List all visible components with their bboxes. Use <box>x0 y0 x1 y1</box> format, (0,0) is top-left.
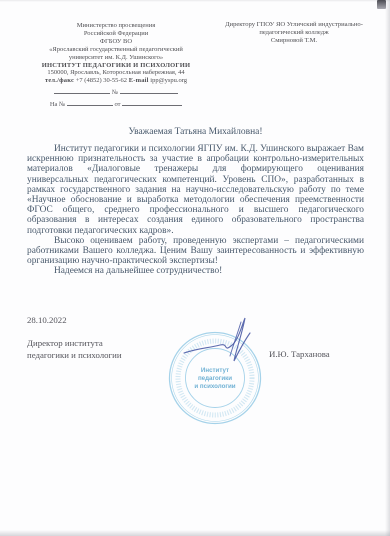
sender-contacts: тел./факс +7 (4852) 30-55-62 E-mail ipp@… <box>26 77 206 85</box>
blank-line <box>122 99 182 106</box>
email-label: E-mail <box>129 77 149 84</box>
signature-position: Директор института педагогики и психолог… <box>27 337 122 361</box>
scan-edge-right <box>385 0 390 536</box>
sender-line: Российской Федерации <box>26 30 206 38</box>
reference-number-line: № <box>26 87 206 97</box>
signature-position-line: педагогики и психологии <box>27 349 122 361</box>
stamp-text: и психологии <box>194 383 235 390</box>
stamp-text: педагогики <box>198 375 232 382</box>
letter-date: 28.10.2022 <box>27 315 67 325</box>
recipient-block: Директору ГПОУ ЯО Угличский индустриальн… <box>206 21 382 46</box>
recipient-name: Смирновой Т.М. <box>206 37 382 45</box>
ot-label: от <box>115 101 121 108</box>
paragraph: Высоко оцениваем работу, проведенную экс… <box>27 236 364 267</box>
sender-block: Министерство просвещения Российской Феде… <box>26 22 206 109</box>
paragraph: Надеемся на дальнейшее сотрудничество! <box>27 266 364 276</box>
telfax-label: тел./факс <box>45 77 74 84</box>
sender-line: университет им. К.Д. Ушинского» <box>26 54 206 62</box>
telfax-value: +7 (4852) 30-55-62 <box>76 77 127 84</box>
recipient-line: Директору ГПОУ ЯО Угличский индустриальн… <box>206 21 382 29</box>
sender-line: ФГБОУ ВО <box>26 38 206 46</box>
letter-page: Министерство просвещения Российской Феде… <box>0 0 390 536</box>
blank-line <box>67 99 113 106</box>
na-number-label: На № <box>50 101 65 108</box>
sender-line: «Ярославский государственный педагогичес… <box>26 46 206 54</box>
sender-line: Министерство просвещения <box>26 22 206 30</box>
handwritten-signature-icon <box>175 310 275 370</box>
signature-name: И.Ю. Тарханова <box>269 349 330 359</box>
email-value: ipp@yspu.org <box>150 77 187 84</box>
scan-edge-bottom <box>0 530 390 536</box>
paragraph: Институт педагогики и психологии ЯГПУ им… <box>27 144 364 236</box>
salutation: Уважаемая Татьяна Михайловна! <box>27 127 364 137</box>
number-sign: № <box>112 89 118 96</box>
recipient-line: педагогический колледж <box>206 29 382 37</box>
reply-reference-line: На № от <box>26 99 206 109</box>
sender-address: 150000, Ярославль, Которосльная набережн… <box>26 69 206 77</box>
scan-artifact <box>377 0 386 9</box>
signature-position-line: Директор института <box>27 337 122 349</box>
blank-line <box>54 87 110 94</box>
letter-body: Институт педагогики и психологии ЯГПУ им… <box>27 144 364 277</box>
scan-edge-top <box>0 0 390 2</box>
institute-name: ИНСТИТУТ ПЕДАГОГИКИ И ПСИХОЛОГИИ <box>26 62 206 70</box>
blank-line <box>120 87 178 94</box>
